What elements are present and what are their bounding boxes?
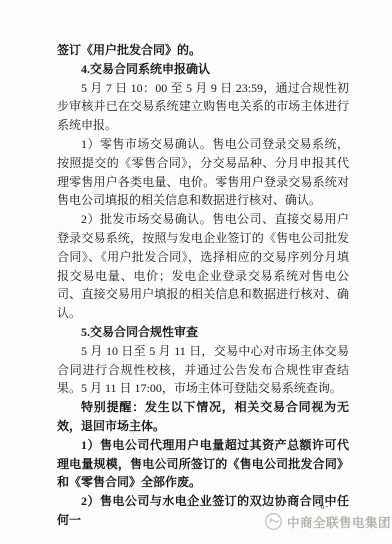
paragraph-retail-confirm: 1）零售市场交易确认。售电公司登录交易系统，按照提交的《零售合同》，分交易品种、… [57,135,349,210]
paragraph-review-window: 5 月 10 日至 5 月 11 日，交易中心对市场主体交易合同进行合规性校核，… [57,342,349,398]
document-page: 签订《用户批发合同》的。4.交易合同系统申报确认5 月 7 日 10：00 至 … [0,0,392,544]
heading-section-5: 5.交易合同合规性审查 [57,323,349,342]
heading-section-4: 4.交易合同系统申报确认 [57,60,349,79]
paragraph-invalid-case-1: 1）售电公司代理用户电量超过其资产总额许可代理电量规模，售电公司所签订的《售电公… [57,436,349,492]
paragraph-wholesale-confirm: 2）批发市场交易确认。售电公司、直接交易用户登录交易系统，按照与发电企业签订的《… [57,210,349,323]
paragraph-contract-tail: 签订《用户批发合同》的。 [57,41,349,60]
watermark: 中商全联售电集团 [264,512,391,531]
company-seal-icon [264,512,283,531]
page-number: -6- [308,502,338,511]
watermark-text: 中商全联售电集团 [287,513,391,531]
document-body: 签订《用户批发合同》的。4.交易合同系统申报确认5 月 7 日 10：00 至 … [57,41,349,530]
paragraph-declare-window: 5 月 7 日 10：00 至 5 月 9 日 23:59，通过合规性初步审核并… [57,79,349,135]
paragraph-special-notice: 特别提醒：发生以下情况，相关交易合同视为无效，退回市场主体。 [57,398,349,436]
